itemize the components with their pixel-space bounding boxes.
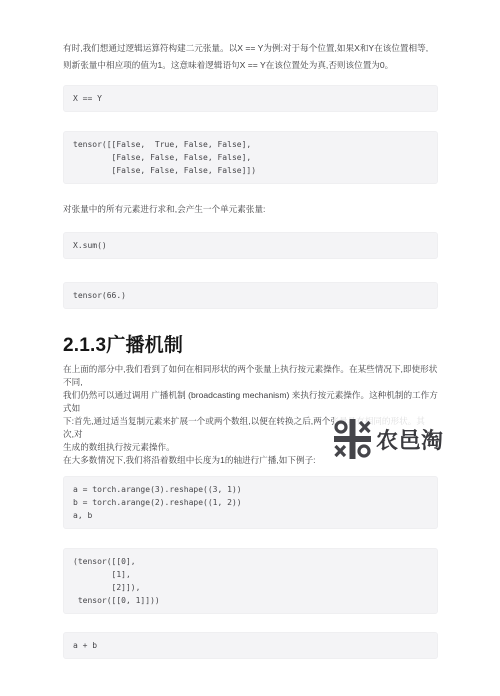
output-cell-sum: tensor(66.) xyxy=(63,282,438,309)
output-cell-equality: tensor([[False, True, False, False], [Fa… xyxy=(63,131,438,184)
code-cell-equality: X == Y xyxy=(63,85,438,112)
code-cell-arange: a = torch.arange(3).reshape((3, 1)) b = … xyxy=(63,476,438,529)
watermark-brand-text: 农邑淘 xyxy=(376,430,444,452)
section-heading-broadcasting: 2.1.3广播机制 xyxy=(63,334,438,358)
code-cell-add: a + b xyxy=(63,632,438,659)
output-cell-arange: (tensor([[0], [1], [2]]), tensor([[0, 1]… xyxy=(63,548,438,614)
document-page: 有时,我们想通过逻辑运算符构建二元张量。以X == Y为例:对于每个位置,如果X… xyxy=(0,0,500,696)
code-cell-sum: X.sum() xyxy=(63,232,438,259)
content-column: 有时,我们想通过逻辑运算符构建二元张量。以X == Y为例:对于每个位置,如果X… xyxy=(0,0,500,659)
paragraph-sum: 对张量中的所有元素进行求和,会产生一个单元素张量: xyxy=(63,201,438,218)
watermark: 农邑淘 xyxy=(334,403,462,467)
paragraph-logical-operators: 有时,我们想通过逻辑运算符构建二元张量。以X == Y为例:对于每个位置,如果X… xyxy=(63,40,438,74)
watermark-logo-icon xyxy=(334,419,371,464)
